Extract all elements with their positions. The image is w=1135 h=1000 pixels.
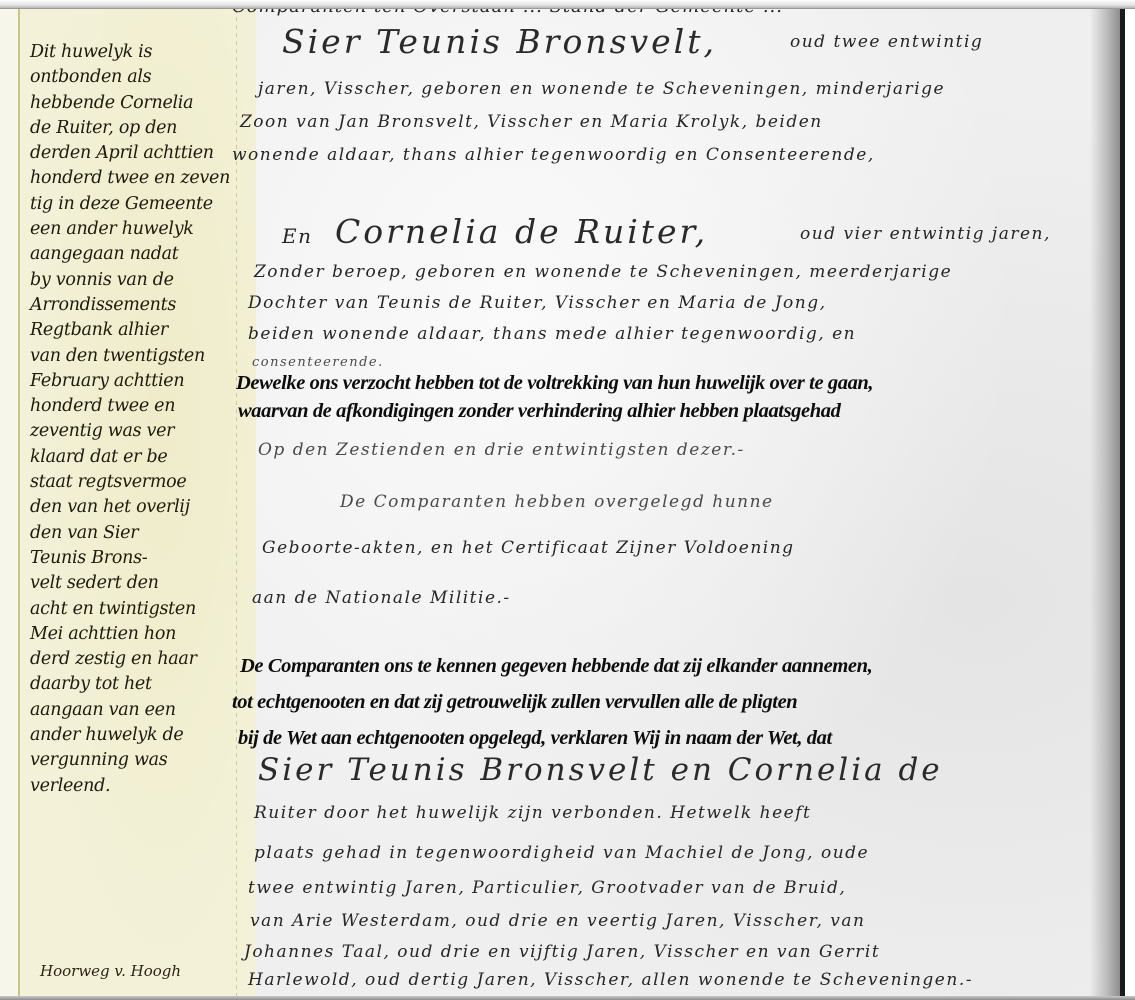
closing-line: Johannes Taal, oud drie en vijftig Jaren… bbox=[244, 942, 880, 962]
margin-line: klaard dat er be bbox=[30, 445, 255, 470]
margin-line: honderd twee en zeven bbox=[30, 166, 255, 191]
bride-prefix: En bbox=[282, 224, 312, 248]
page-shadow bbox=[1090, 9, 1120, 996]
margin-line: ontbonden als bbox=[30, 65, 255, 90]
closing-line: plaats gehad in tegenwoordigheid van Mac… bbox=[254, 843, 869, 863]
closing-line: Harlewold, oud dertig Jaren, Visscher, a… bbox=[248, 970, 973, 990]
bride-line: Dochter van Teunis de Ruiter, Visscher e… bbox=[248, 293, 827, 313]
margin-line: by vonnis van de bbox=[30, 268, 255, 293]
closing-names: Sier Teunis Bronsvelt en Cornelia de bbox=[258, 752, 943, 788]
margin-line: den van het overlij bbox=[30, 495, 255, 520]
margin-line: aangegaan nadat bbox=[30, 242, 255, 267]
scan-margin bbox=[1125, 9, 1135, 996]
margin-line: Regtbank alhier bbox=[30, 318, 255, 343]
margin-line: den van Sier bbox=[30, 521, 255, 546]
closing-line: Ruiter door het huwelijk zijn verbonden.… bbox=[254, 803, 811, 823]
margin-line: staat regtsvermoe bbox=[30, 470, 255, 495]
margin-line: de Ruiter, op den bbox=[30, 116, 255, 141]
bottom-border bbox=[0, 996, 1135, 1000]
margin-note: Dit huwelyk is ontbonden als hebbende Co… bbox=[30, 40, 255, 799]
printed-line: De Comparanten ons te kennen gegeven heb… bbox=[240, 655, 872, 678]
groom-name: Sier Teunis Bronsvelt, bbox=[282, 22, 717, 61]
margin-line: daarby tot het bbox=[30, 672, 255, 697]
margin-line: honderd twee en bbox=[30, 394, 255, 419]
top-border bbox=[0, 0, 1135, 9]
groom-age: oud twee entwintig bbox=[790, 32, 983, 52]
groom-line: wonende aldaar, thans alhier tegenwoordi… bbox=[232, 145, 875, 165]
margin-line: van den twentigsten bbox=[30, 344, 255, 369]
margin-line: hebbende Cornelia bbox=[30, 91, 255, 116]
documents-line: aan de Nationale Militie.- bbox=[252, 588, 511, 608]
margin-line: velt sedert den bbox=[30, 571, 255, 596]
margin-line: aangaan van een bbox=[30, 698, 255, 723]
margin-line: Arrondissements bbox=[30, 293, 255, 318]
printed-line: bij de Wet aan echtgenooten opgelegd, ve… bbox=[238, 727, 832, 750]
margin-line: vergunning was bbox=[30, 748, 255, 773]
groom-line: Zoon van Jan Bronsvelt, Visscher en Mari… bbox=[240, 112, 823, 132]
bride-name: Cornelia de Ruiter, bbox=[335, 212, 708, 251]
bride-line: beiden wonende aldaar, thans mede alhier… bbox=[248, 324, 856, 344]
margin-line: Teunis Brons- bbox=[30, 546, 255, 571]
margin-signature: Hoorweg v. Hoogh bbox=[40, 962, 181, 980]
documents-line: De Comparanten hebben overgelegd hunne bbox=[340, 492, 774, 512]
proclamation-dates: Op den Zestienden en drie entwintigsten … bbox=[258, 440, 745, 460]
margin-line: acht en twintigsten bbox=[30, 597, 255, 622]
closing-line: van Arie Westerdam, oud drie en veertig … bbox=[250, 911, 865, 931]
margin-line: Mei achttien hon bbox=[30, 622, 255, 647]
margin-line: February achttien bbox=[30, 369, 255, 394]
margin-line: een ander huwelyk bbox=[30, 217, 255, 242]
margin-line: Dit huwelyk is bbox=[30, 40, 255, 65]
margin-line: tig in deze Gemeente bbox=[30, 192, 255, 217]
margin-line: verleend. bbox=[30, 774, 255, 799]
printed-line: Dewelke ons verzocht hebben tot de voltr… bbox=[236, 372, 873, 395]
bride-line: Zonder beroep, geboren en wonende te Sch… bbox=[254, 262, 952, 282]
bride-age: oud vier entwintig jaren, bbox=[800, 224, 1051, 244]
closing-line: twee entwintig Jaren, Particulier, Groot… bbox=[248, 878, 846, 898]
margin-line: ander huwelyk de bbox=[30, 723, 255, 748]
margin-line: derd zestig en haar bbox=[30, 647, 255, 672]
printed-line: tot echtgenooten en dat zij getrouwelijk… bbox=[232, 691, 797, 714]
groom-line: jaren, Visscher, geboren en wonende te S… bbox=[258, 79, 945, 99]
left-background bbox=[0, 9, 20, 996]
margin-line: zeventig was ver bbox=[30, 419, 255, 444]
documents-line: Geboorte-akten, en het Certificaat Zijne… bbox=[262, 538, 795, 558]
bride-line: consenteerende. bbox=[252, 355, 384, 370]
margin-line: derden April achttien bbox=[30, 141, 255, 166]
printed-line: waarvan de afkondigingen zonder verhinde… bbox=[238, 400, 840, 423]
